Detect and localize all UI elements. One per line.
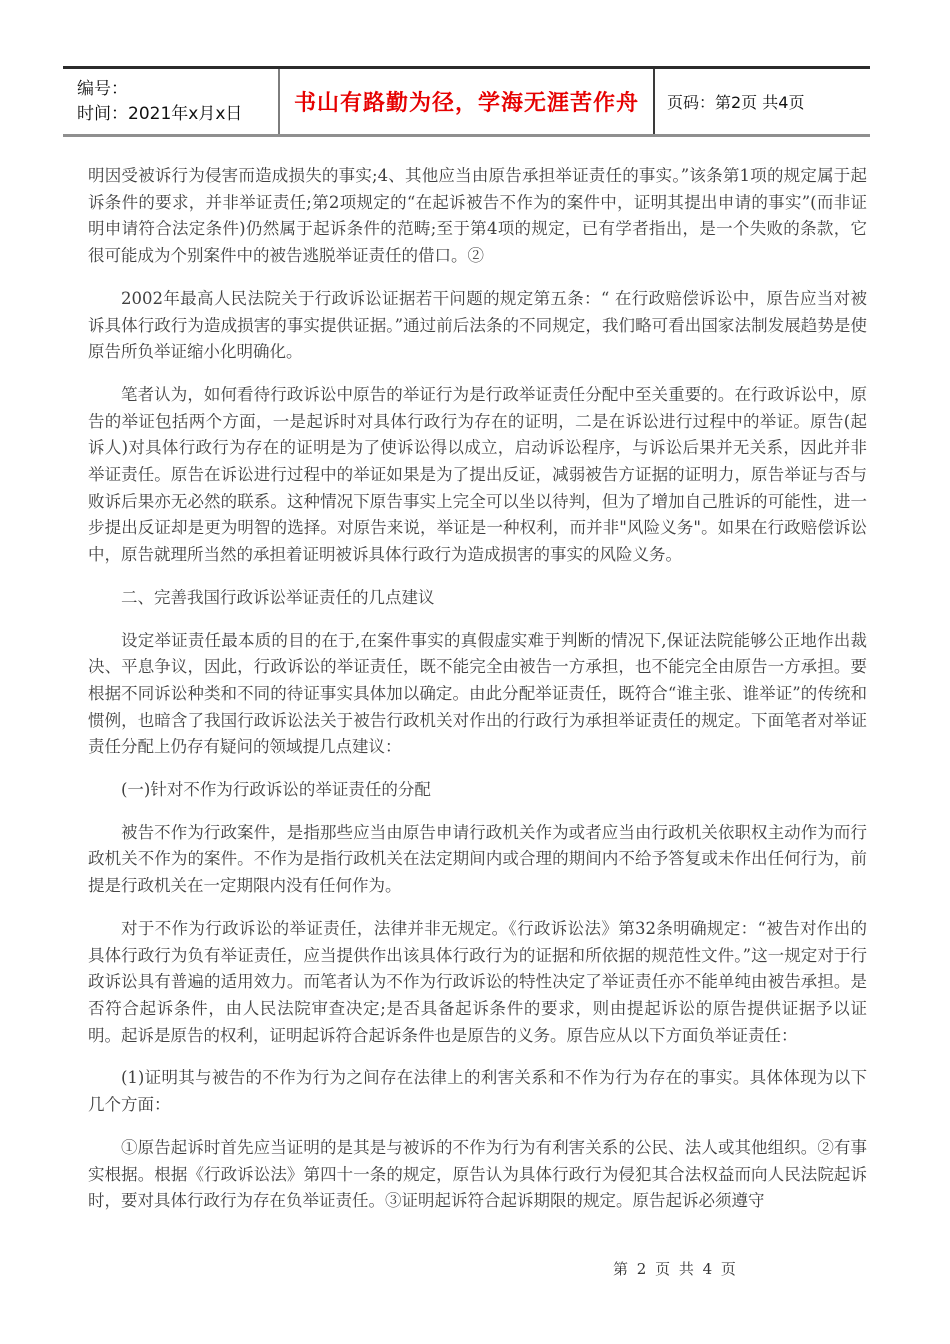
subsection-heading: (一)针对不作为行政诉讼的举证责任的分配: [88, 777, 867, 804]
document-body: 明因受被诉行为侵害而造成损失的事实;4、其他应当由原告承担举证责任的事实。”该条…: [88, 163, 867, 1231]
paragraph: 笔者认为，如何看待行政诉讼中原告的举证行为是行政举证责任分配中至关重要的。在行政…: [88, 382, 867, 569]
slogan-text: 书山有路勤为径，学海无涯苦作舟: [294, 86, 639, 117]
paragraph: 2002年最高人民法院关于行政诉讼证据若干问题的规定第五条：“ 在行政赔偿诉讼中…: [88, 286, 867, 366]
section-heading: 二、完善我国行政诉讼举证责任的几点建议: [88, 585, 867, 612]
doc-number-label: 编号：: [77, 77, 278, 102]
paragraph: 设定举证责任最本质的目的在于,在案件事实的真假虚实难于判断的情况下,保证法院能够…: [88, 628, 867, 762]
document-page: 编号： 时间：2021年x月x日 书山有路勤为径，学海无涯苦作舟 页码：第2页 …: [0, 0, 950, 1344]
page-header: 编号： 时间：2021年x月x日 书山有路勤为径，学海无涯苦作舟 页码：第2页 …: [63, 66, 870, 137]
paragraph: 对于不作为行政诉讼的举证责任，法律并非无规定。《行政诉讼法》第32条明确规定：“…: [88, 916, 867, 1050]
doc-date-label: 时间：2021年x月x日: [77, 102, 278, 127]
paragraph: 被告不作为行政案件，是指那些应当由原告申请行政机关作为或者应当由行政机关依职权主…: [88, 820, 867, 900]
paragraph-continuation: 明因受被诉行为侵害而造成损失的事实;4、其他应当由原告承担举证责任的事实。”该条…: [88, 163, 867, 270]
header-page-cell: 页码：第2页 共4页: [655, 69, 870, 134]
header-slogan-cell: 书山有路勤为径，学海无涯苦作舟: [280, 69, 655, 134]
paragraph: (1)证明其与被告的不作为行为之间存在法律上的利害关系和不作为行为存在的事实。具…: [88, 1065, 867, 1118]
paragraph: ①原告起诉时首先应当证明的是其是与被诉的不作为行为有利害关系的公民、法人或其他组…: [88, 1135, 867, 1215]
footer-page-number: 第 2 页 共 4 页: [613, 1258, 738, 1279]
header-meta-cell: 编号： 时间：2021年x月x日: [63, 69, 280, 134]
page-number-label: 页码：第2页 共4页: [667, 90, 870, 113]
